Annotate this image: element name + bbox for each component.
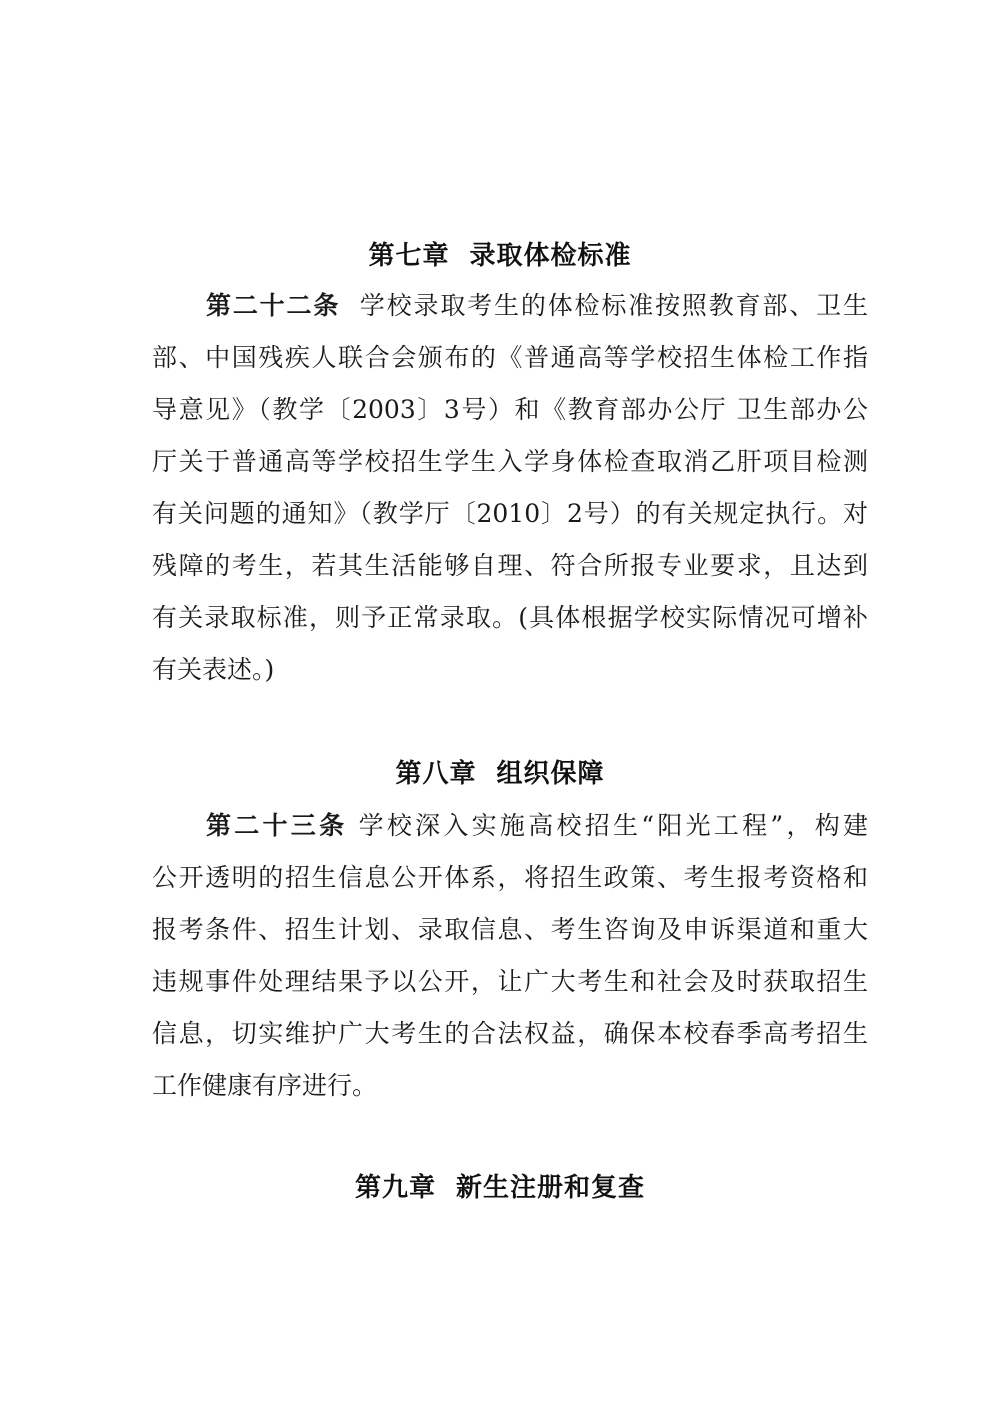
article-22-line-6: 残障的考生，若其生活能够自理、符合所报专业要求，且达到 bbox=[152, 546, 868, 586]
article-23-line-4: 违规事件处理结果予以公开，让广大考生和社会及时获取招生 bbox=[152, 962, 868, 1002]
article-22-line-2: 部、中国残疾人联合会颁布的《普通高等学校招生体检工作指 bbox=[152, 338, 868, 378]
article-22-text-1: 学校录取考生的体检标准按照教育部、卫生 bbox=[340, 291, 868, 320]
article-22-line-7: 有关录取标准，则予正常录取。(具体根据学校实际情况可增补 bbox=[152, 598, 868, 638]
article-22-line-3: 导意见》（教学〔2003〕3号）和《教育部办公厅 卫生部办公 bbox=[152, 390, 868, 430]
chapter-title-7: 第七章 录取体检标准 bbox=[0, 236, 1000, 276]
article-22-line-4: 厅关于普通高等学校招生学生入学身体检查取消乙肝项目检测 bbox=[152, 442, 868, 482]
article-23-line-5: 信息，切实维护广大考生的合法权益，确保本校春季高考招生 bbox=[152, 1014, 868, 1054]
chapter-title-9: 第九章 新生注册和复查 bbox=[0, 1168, 1000, 1208]
article-number-22: 第二十二条 bbox=[206, 291, 340, 320]
article-23-text-1: 学校深入实施高校招生“阳光工程”，构建 bbox=[347, 811, 868, 840]
article-23-line-2: 公开透明的招生信息公开体系，将招生政策、考生报考资格和 bbox=[152, 858, 868, 898]
article-22-line-1: 第二十二条 学校录取考生的体检标准按照教育部、卫生 bbox=[206, 286, 868, 326]
article-22-line-5: 有关问题的通知》（教学厅〔2010〕2号）的有关规定执行。对 bbox=[152, 494, 868, 534]
article-23-line-1: 第二十三条 学校深入实施高校招生“阳光工程”，构建 bbox=[206, 806, 868, 846]
document-page: 第七章 录取体检标准 第二十二条 学校录取考生的体检标准按照教育部、卫生 部、中… bbox=[0, 0, 1000, 1407]
article-number-23: 第二十三条 bbox=[206, 811, 347, 840]
article-23-line-3: 报考条件、招生计划、录取信息、考生咨询及申诉渠道和重大 bbox=[152, 910, 868, 950]
chapter-title-8: 第八章 组织保障 bbox=[0, 754, 1000, 794]
article-22-line-8: 有关表述。) bbox=[152, 650, 868, 690]
article-23-line-6: 工作健康有序进行。 bbox=[152, 1066, 868, 1106]
